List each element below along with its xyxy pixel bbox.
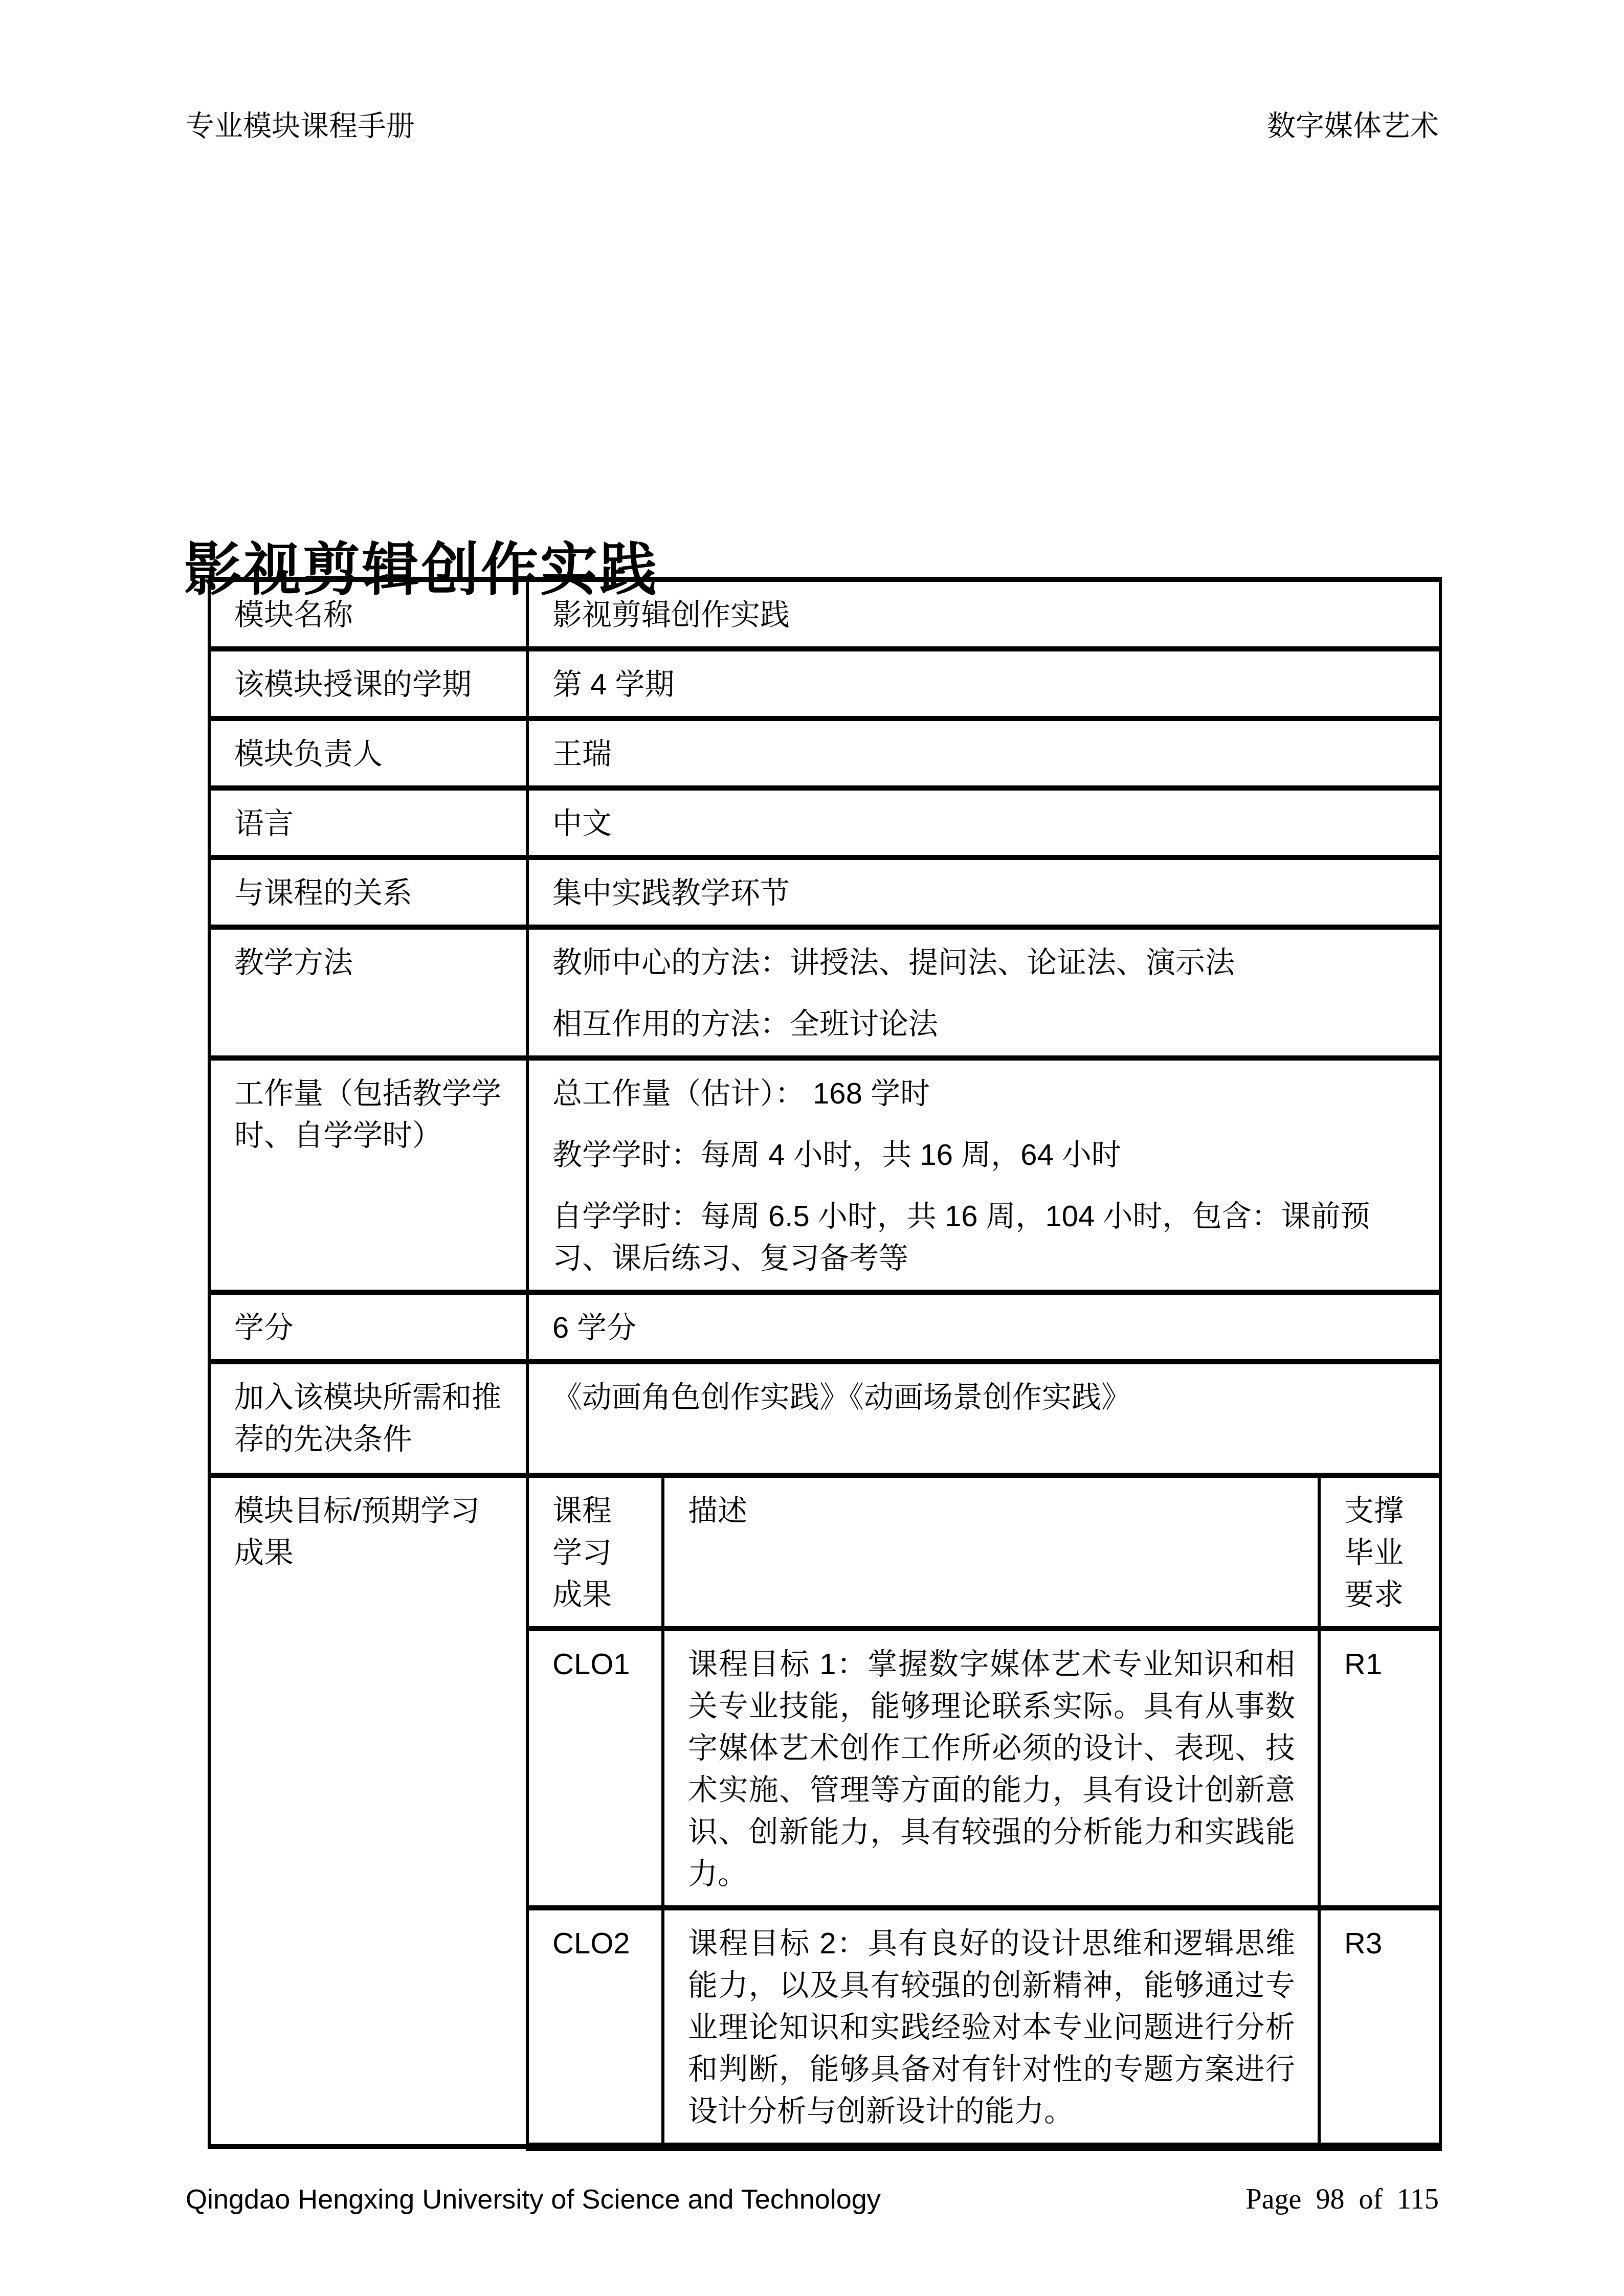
- outcomes-col-header-desc: 描述: [663, 1475, 1319, 1629]
- row-value: 教师中心的方法：讲授法、提问法、论证法、演示法 相互作用的方法：全班讨论法: [527, 927, 1440, 1058]
- table-row-teaching-methods: 教学方法 教师中心的方法：讲授法、提问法、论证法、演示法 相互作用的方法：全班讨…: [209, 927, 1440, 1058]
- row-label: 该模块授课的学期: [209, 649, 527, 718]
- row-value: 王瑞: [527, 718, 1440, 788]
- table-row-module-leader: 模块负责人 王瑞: [209, 718, 1440, 788]
- row-value: 6 学分: [527, 1292, 1440, 1362]
- table-row-module-name: 模块名称 影视剪辑创作实践: [209, 579, 1440, 649]
- row-value: 第 4 学期: [527, 649, 1440, 718]
- table-row-prerequisites: 加入该模块所需和推荐的先决条件 《动画角色创作实践》《动画场景创作实践》: [209, 1362, 1440, 1475]
- footer-page-number: Page 98 of 115: [1246, 2182, 1439, 2217]
- clo-requirement-cell: R3: [1319, 1908, 1440, 2147]
- clo-id-cell: CLO2: [527, 1908, 663, 2147]
- module-info-table: 模块名称 影视剪辑创作实践 该模块授课的学期 第 4 学期 模块负责人 王瑞 语…: [208, 577, 1442, 2151]
- row-label-outcomes: 模块目标/预期学习成果: [209, 1475, 527, 2147]
- row-label: 学分: [209, 1292, 527, 1362]
- table-row-language: 语言 中文: [209, 788, 1440, 858]
- clo-description-cell: 课程目标 2：具有良好的设计思维和逻辑思维能力，以及具有较强的创新精神，能够通过…: [663, 1908, 1319, 2147]
- table-row-course-relation: 与课程的关系 集中实践教学环节: [209, 858, 1440, 927]
- clo-description-cell: 课程目标 1：掌握数字媒体艺术专业知识和相关专业技能，能够理论联系实际。具有从事…: [663, 1629, 1319, 1908]
- header-left-text: 专业模块课程手册: [186, 108, 415, 143]
- outcomes-col-header-clo: 课程学习成果: [527, 1475, 663, 1629]
- row-label: 语言: [209, 788, 527, 858]
- table-row-workload: 工作量（包括教学学时、自学学时） 总工作量（估计）： 168 学时 教学学时：每…: [209, 1058, 1440, 1292]
- value-paragraph: 教学学时：每周 4 小时，共 16 周，64 小时: [552, 1134, 1416, 1176]
- footer-institution-text: Qingdao Hengxing University of Science a…: [186, 2183, 881, 2216]
- row-value: 集中实践教学环节: [527, 858, 1440, 927]
- row-value: 中文: [527, 788, 1440, 858]
- row-value: 《动画角色创作实践》《动画场景创作实践》: [527, 1362, 1440, 1475]
- row-value: 影视剪辑创作实践: [527, 579, 1440, 649]
- row-label: 教学方法: [209, 927, 527, 1058]
- row-value: 总工作量（估计）： 168 学时 教学学时：每周 4 小时，共 16 周，64 …: [527, 1058, 1440, 1292]
- row-label: 模块负责人: [209, 718, 527, 788]
- table-row-semester: 该模块授课的学期 第 4 学期: [209, 649, 1440, 718]
- clo-requirement-cell: R1: [1319, 1629, 1440, 1908]
- row-label: 加入该模块所需和推荐的先决条件: [209, 1362, 527, 1475]
- row-label: 与课程的关系: [209, 858, 527, 927]
- table-row-outcomes-header: 模块目标/预期学习成果 课程学习成果 描述 支撑毕业要求: [209, 1475, 1440, 1629]
- row-label: 模块名称: [209, 579, 527, 649]
- clo-id-cell: CLO1: [527, 1629, 663, 1908]
- value-paragraph: 总工作量（估计）： 168 学时: [552, 1073, 1416, 1115]
- value-paragraph: 自学学时：每周 6.5 小时，共 16 周，104 小时，包含：课前预习、课后练…: [552, 1196, 1416, 1279]
- value-paragraph: 教师中心的方法：讲授法、提问法、论证法、演示法: [552, 942, 1416, 984]
- outcomes-col-header-req: 支撑毕业要求: [1319, 1475, 1440, 1629]
- page-header: 专业模块课程手册 数字媒体艺术: [186, 108, 1439, 143]
- table-row-credits: 学分 6 学分: [209, 1292, 1440, 1362]
- header-right-text: 数字媒体艺术: [1267, 108, 1439, 143]
- value-paragraph: 相互作用的方法：全班讨论法: [552, 1003, 1416, 1045]
- document-page: 专业模块课程手册 数字媒体艺术 影视剪辑创作实践 模块名称 影视剪辑创作实践 该…: [0, 0, 1624, 2296]
- page-footer: Qingdao Hengxing University of Science a…: [186, 2182, 1439, 2217]
- row-label: 工作量（包括教学学时、自学学时）: [209, 1058, 527, 1292]
